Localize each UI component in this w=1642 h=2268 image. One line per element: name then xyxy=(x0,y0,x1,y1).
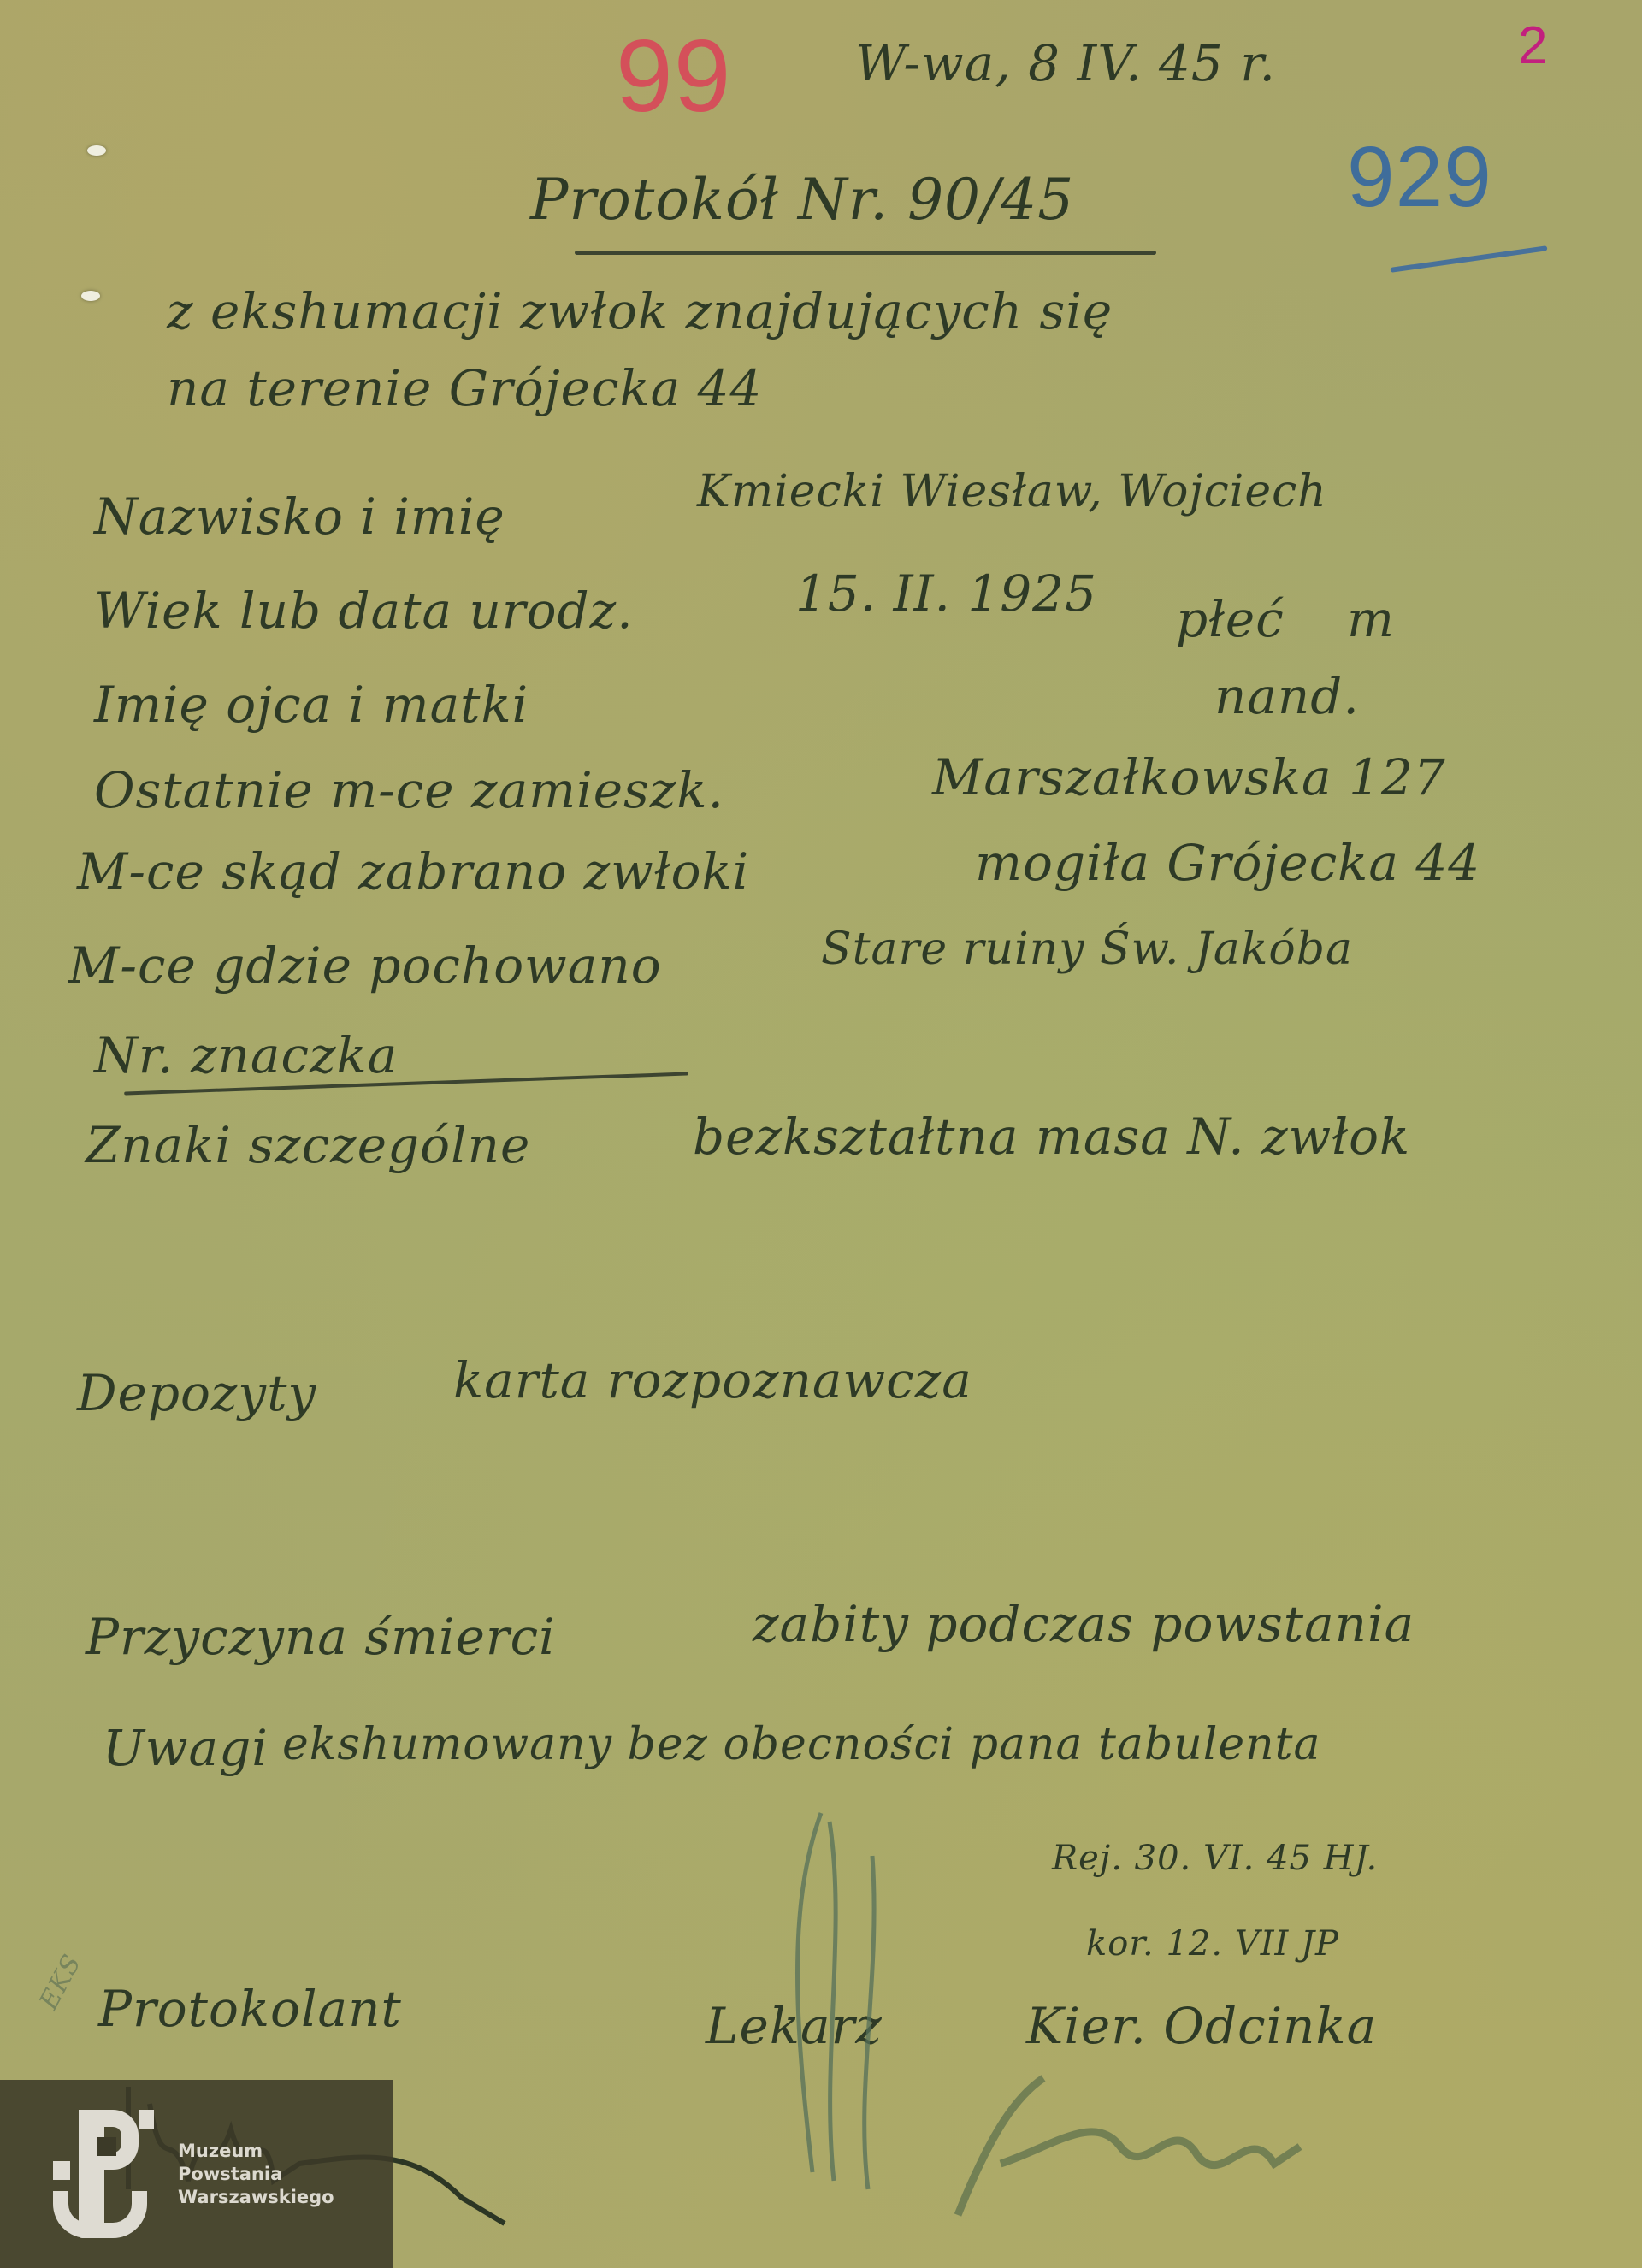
museum-name: Muzeum Powstania Warszawskiego xyxy=(178,2140,334,2209)
field-value: bezkształtna masa N. zwłok xyxy=(693,1107,1410,1166)
document-page: 99 W-wa, 8 IV. 45 r. 2 929 Protokół Nr. … xyxy=(0,0,1642,2268)
field-value: Stare ruiny Św. Jakóba xyxy=(821,924,1353,975)
field-extra-label: płeć xyxy=(1176,590,1285,648)
field-label: Imię ojca i matki xyxy=(94,676,529,734)
title-underline xyxy=(575,251,1156,255)
registration-line-1: Rej. 30. VI. 45 HJ. xyxy=(1052,1839,1378,1878)
page-number: 2 xyxy=(1518,15,1548,76)
registration-line-2: kor. 12. VII JP xyxy=(1086,1924,1339,1964)
field-value: zabity podczas powstania xyxy=(753,1595,1415,1653)
field-value: Marszałkowska 127 xyxy=(932,748,1446,806)
field-label: Ostatnie m-ce zamieszk. xyxy=(94,761,724,819)
museum-name-line-3: Warszawskiego xyxy=(178,2186,334,2209)
field-label: M-ce skąd zabrano zwłoki xyxy=(77,842,749,901)
field-label: Nr. znaczka xyxy=(94,1026,398,1084)
field-value: Kmiecki Wiesław, Wojciech xyxy=(697,466,1327,517)
field-label: Przyczyna śmierci xyxy=(86,1608,556,1666)
field-label: Znaki szczególne xyxy=(86,1116,530,1174)
blue-underline xyxy=(1390,245,1547,273)
field-label: Wiek lub data urodz. xyxy=(94,582,634,640)
doctor-signature-icon xyxy=(753,1804,924,2198)
anchor-logo-icon xyxy=(53,2110,156,2238)
field-value: mogiła Grójecka 44 xyxy=(975,834,1480,892)
punch-hole-bottom xyxy=(81,291,100,301)
field-label: M-ce gdzie pochowano xyxy=(68,936,662,995)
blue-archive-number: 929 xyxy=(1347,128,1492,227)
head-label: Kier. Odcinka xyxy=(1026,1997,1377,2055)
red-archive-number: 99 xyxy=(616,17,731,135)
head-signature-icon xyxy=(924,2061,1403,2232)
punch-hole-top xyxy=(87,145,106,156)
recorder-label: Protokolant xyxy=(98,1980,402,2038)
field-label: Nazwisko i imię xyxy=(94,487,505,546)
field-value: nand. xyxy=(1214,667,1360,725)
field-value: karta rozpoznawcza xyxy=(453,1351,972,1409)
field-value: 15. II. 1925 xyxy=(795,564,1097,623)
subtitle-line-2: na terenie Grójecka 44 xyxy=(167,359,762,417)
protocol-title: Protokół Nr. 90/45 xyxy=(530,167,1074,233)
field-label: Depozyty xyxy=(77,1364,316,1422)
subtitle-line-1: z ekshumacji zwłok znajdujących się xyxy=(167,282,1113,340)
field-value: ekshumowany bez obecności pana tabulenta xyxy=(282,1719,1321,1770)
museum-watermark: Muzeum Powstania Warszawskiego xyxy=(0,2080,393,2268)
museum-name-line-1: Muzeum xyxy=(178,2140,334,2163)
stamp-fragment: EKS xyxy=(34,1949,88,2014)
place-date: W-wa, 8 IV. 45 r. xyxy=(855,34,1276,92)
field-label: Uwagi xyxy=(103,1719,269,1777)
field-extra-value: m xyxy=(1347,590,1395,648)
museum-name-line-2: Powstania xyxy=(178,2163,334,2186)
